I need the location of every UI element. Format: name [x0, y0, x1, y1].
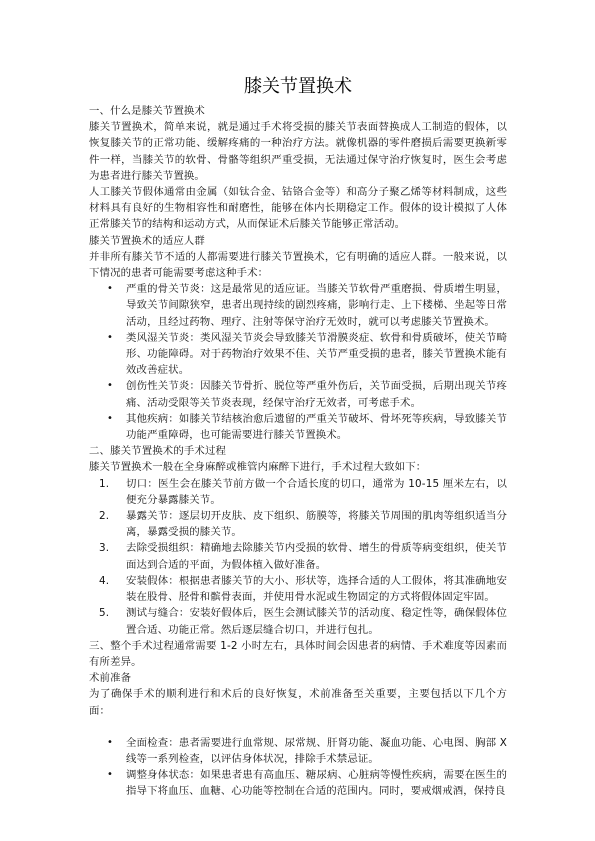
list-item: • 严重的骨关节炎：这是最常见的适应证。当膝关节软骨严重磨损、骨质增生明显，导致… — [89, 281, 507, 330]
list-item-text: 测试与缝合：安装好假体后，医生会测试膝关节的活动度、稳定性等，确保假体位置合适、… — [126, 607, 507, 635]
list-item: • 创伤性关节炎：因膝关节骨折、脱位等严重外伤后，关节面受损，后期出现关节疼痛、… — [89, 378, 507, 410]
step-number: 5. — [99, 605, 119, 621]
paragraph-prosthesis-materials: 人工膝关节假体通常由金属（如钛合金、钴铬合金等）和高分子聚乙烯等材料制成，这些材… — [89, 184, 507, 233]
document-page: 膝关节置换术 一、什么是膝关节置换术 膝关节置换术，简单来说，就是通过手术将受损… — [89, 74, 507, 800]
list-item-text: 安装假体：根据患者膝关节的大小、形状等，选择合适的人工假体，将其准确地安装在股骨… — [126, 575, 507, 603]
paragraph-preop-intro: 为了确保手术的顺利进行和术后的良好恢复，术前准备至关重要，主要包括以下几个方面： — [89, 686, 507, 718]
list-item-text: 其他疾病：如膝关节结核治愈后遗留的严重关节破坏、骨坏死等疾病，导致膝关节功能严重… — [126, 413, 507, 441]
paragraph-definition: 膝关节置换术，简单来说，就是通过手术将受损的膝关节表面替换成人工制造的假体，以恢… — [89, 119, 507, 184]
bullet-icon: • — [107, 281, 121, 297]
list-item-text: 创伤性关节炎：因膝关节骨折、脱位等严重外伤后，关节面受损，后期出现关节疼痛、活动… — [126, 380, 507, 408]
indications-list: • 严重的骨关节炎：这是最常见的适应证。当膝关节软骨严重磨损、骨质增生明显，导致… — [89, 281, 507, 443]
list-item: 1. 切口：医生会在膝关节前方做一个合适长度的切口，通常为 10-15 厘米左右… — [89, 476, 507, 508]
list-item: 2. 暴露关节：逐层切开皮肤、皮下组织、筋膜等，将膝关节周围的肌肉等组织适当分离… — [89, 508, 507, 540]
list-item-text: 全面检查：患者需要进行血常规、尿常规、肝肾功能、凝血功能、心电图、胸部 X 线等… — [126, 737, 507, 765]
list-item: • 类风湿关节炎：类风湿关节炎会导致膝关节滑膜炎症、软骨和骨质破坏，使关节畸形、… — [89, 330, 507, 379]
step-number: 4. — [99, 573, 119, 589]
section-heading-indications: 膝关节置换术的适应人群 — [89, 233, 507, 249]
list-item-text: 切口：医生会在膝关节前方做一个合适长度的切口，通常为 10-15 厘米左右，以便… — [126, 478, 507, 506]
bullet-icon: • — [107, 330, 121, 346]
list-item: • 全面检查：患者需要进行血常规、尿常规、肝肾功能、凝血功能、心电图、胸部 X … — [89, 735, 507, 767]
list-item: 3. 去除受损组织：精确地去除膝关节内受损的软骨、增生的骨质等病变组织，使关节面… — [89, 540, 507, 572]
list-item-text: 去除受损组织：精确地去除膝关节内受损的软骨、增生的骨质等病变组织，使关节面达到合… — [126, 542, 507, 570]
list-item-text: 调整身体状态：如果患者患有高血压、糖尿病、心脏病等慢性疾病，需要在医生的指导下将… — [126, 769, 507, 797]
paragraph-procedure-intro: 膝关节置换术一般在全身麻醉或椎管内麻醉下进行，手术过程大致如下： — [89, 459, 507, 475]
section-heading-preop: 术前准备 — [89, 670, 507, 686]
step-number: 3. — [99, 540, 119, 556]
section-heading-what-is: 一、什么是膝关节置换术 — [89, 103, 507, 119]
bullet-icon: • — [107, 378, 121, 394]
bullet-icon: • — [107, 735, 121, 751]
bullet-icon: • — [107, 767, 121, 783]
bullet-icon: • — [107, 411, 121, 427]
document-title: 膝关节置换术 — [89, 74, 507, 100]
list-item-text: 严重的骨关节炎：这是最常见的适应证。当膝关节软骨严重磨损、骨质增生明显，导致关节… — [126, 283, 507, 327]
paragraph-duration: 三、整个手术过程通常需要 1-2 小时左右，具体时间会因患者的病情、手术难度等因… — [89, 638, 507, 670]
list-item: • 调整身体状态：如果患者患有高血压、糖尿病、心脏病等慢性疾病，需要在医生的指导… — [89, 767, 507, 799]
spacer — [89, 719, 507, 735]
preop-list: • 全面检查：患者需要进行血常规、尿常规、肝肾功能、凝血功能、心电图、胸部 X … — [89, 735, 507, 800]
list-item: • 其他疾病：如膝关节结核治愈后遗留的严重关节破坏、骨坏死等疾病，导致膝关节功能… — [89, 411, 507, 443]
list-item-text: 暴露关节：逐层切开皮肤、皮下组织、筋膜等，将膝关节周围的肌肉等组织适当分离，暴露… — [126, 510, 507, 538]
procedure-steps-list: 1. 切口：医生会在膝关节前方做一个合适长度的切口，通常为 10-15 厘米左右… — [89, 476, 507, 638]
step-number: 1. — [99, 476, 119, 492]
list-item: 5. 测试与缝合：安装好假体后，医生会测试膝关节的活动度、稳定性等，确保假体位置… — [89, 605, 507, 637]
section-heading-procedure: 二、膝关节置换术的手术过程 — [89, 443, 507, 459]
paragraph-indications-intro: 并非所有膝关节不适的人都需要进行膝关节置换术，它有明确的适应人群。一般来说，以下… — [89, 249, 507, 281]
list-item: 4. 安装假体：根据患者膝关节的大小、形状等，选择合适的人工假体，将其准确地安装… — [89, 573, 507, 605]
list-item-text: 类风湿关节炎：类风湿关节炎会导致膝关节滑膜炎症、软骨和骨质破坏，使关节畸形、功能… — [126, 332, 507, 376]
step-number: 2. — [99, 508, 119, 524]
